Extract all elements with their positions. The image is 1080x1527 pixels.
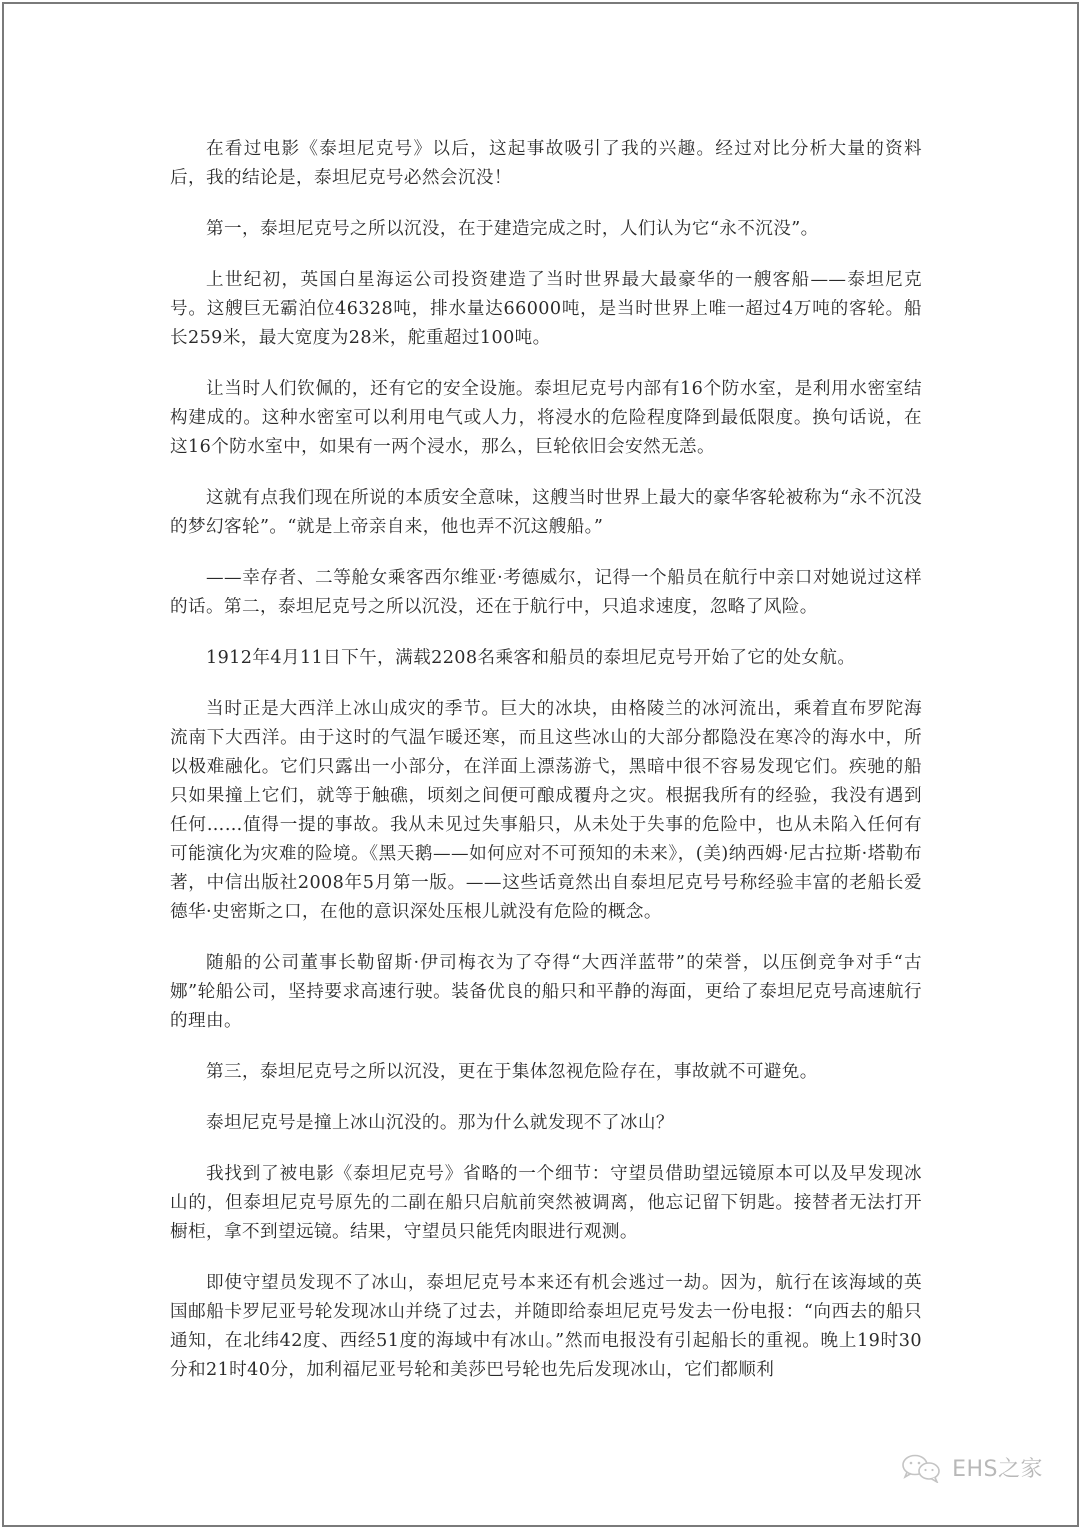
wechat-icon <box>900 1453 944 1483</box>
paragraph-ship-specs: 上世纪初，英国白星海运公司投资建造了当时世界最大最豪华的一艘客船——泰坦尼克号。… <box>170 266 922 353</box>
paragraph-maiden-voyage: 1912年4月11日下午，满载2208名乘客和船员的泰坦尼克号开始了它的处女航。 <box>170 644 922 673</box>
paragraph-point-one: 第一，泰坦尼克号之所以沉没，在于建造完成之时，人们认为它“永不沉没”。 <box>170 215 922 244</box>
article-body: 在看过电影《泰坦尼克号》以后，这起事故吸引了我的兴趣。经过对比分析大量的资料后，… <box>170 135 922 1407</box>
paragraph-question: 泰坦尼克号是撞上冰山沉没的。那为什么就发现不了冰山？ <box>170 1109 922 1138</box>
paragraph-intro: 在看过电影《泰坦尼克号》以后，这起事故吸引了我的兴趣。经过对比分析大量的资料后，… <box>170 135 922 193</box>
watermark-text: EHS之家 <box>952 1452 1043 1483</box>
document-page: 在看过电影《泰坦尼克号》以后，这起事故吸引了我的兴趣。经过对比分析大量的资料后，… <box>2 2 1079 1527</box>
watermark: EHS之家 <box>900 1452 1043 1483</box>
paragraph-safety-features: 让当时人们钦佩的，还有它的安全设施。泰坦尼克号内部有16个防水室，是利用水密室结… <box>170 375 922 462</box>
paragraph-point-three: 第三，泰坦尼克号之所以沉没，更在于集体忽视危险存在，事故就不可避免。 <box>170 1058 922 1087</box>
paragraph-ice-warnings: 即使守望员发现不了冰山，泰坦尼克号本来还有机会逃过一劫。因为，航行在该海域的英国… <box>170 1269 922 1385</box>
paragraph-survivor-quote: ——幸存者、二等舱女乘客西尔维亚·考德威尔，记得一个船员在航行中亲口对她说过这样… <box>170 564 922 622</box>
paragraph-speed-pressure: 随船的公司董事长勒留斯·伊司梅衣为了夺得“大西洋蓝带”的荣誉，以压倒竞争对手“古… <box>170 949 922 1036</box>
paragraph-iceberg-season: 当时正是大西洋上冰山成灾的季节。巨大的冰块，由格陵兰的冰河流出，乘着直布罗陀海流… <box>170 695 922 927</box>
paragraph-unsinkable: 这就有点我们现在所说的本质安全意味，这艘当时世界上最大的豪华客轮被称为“永不沉没… <box>170 484 922 542</box>
paragraph-binoculars: 我找到了被电影《泰坦尼克号》省略的一个细节：守望员借助望远镜原本可以及早发现冰山… <box>170 1160 922 1247</box>
